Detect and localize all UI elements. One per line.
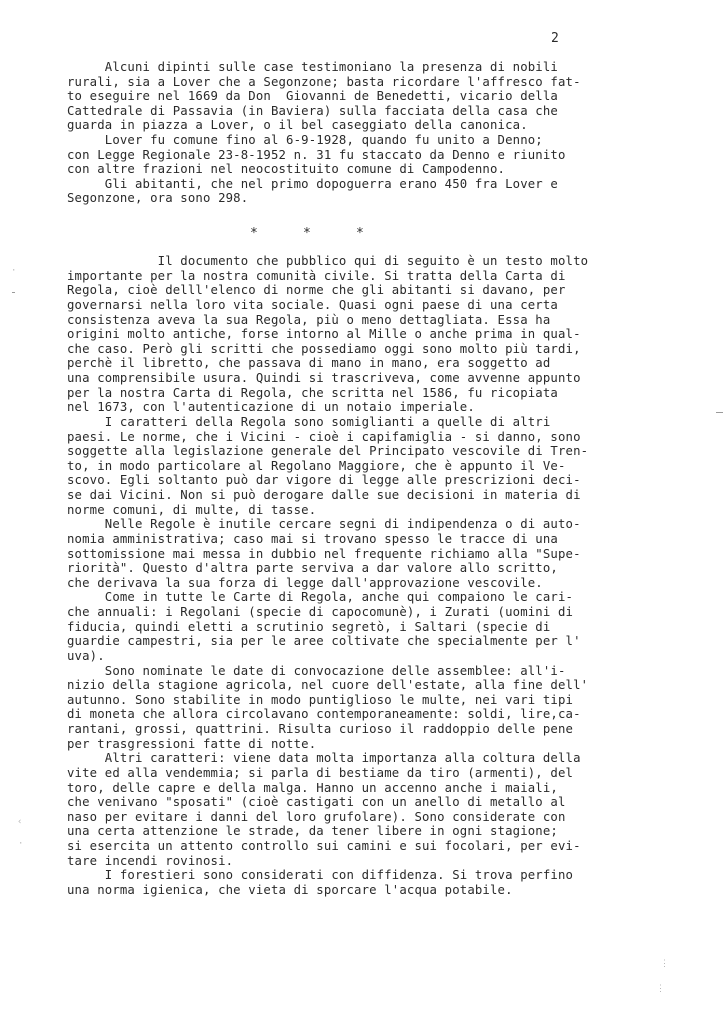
asterisk-icon: * <box>250 226 303 241</box>
intro-section: Alcuni dipinti sulle case testimoniano l… <box>67 60 717 206</box>
text-line: rurali, sia a Lover che a Segonzone; bas… <box>67 75 717 90</box>
asterisk-icon: * <box>356 226 409 241</box>
text-line: fiducia, quindi eletti a scrutinio segre… <box>67 620 717 635</box>
text-line: paesi. Le norme, che i Vicini - cioè i c… <box>67 430 717 445</box>
text-line: Sono nominate le date di convocazione de… <box>67 664 717 679</box>
text-line: che annuali: i Regolani (specie di capoc… <box>67 605 717 620</box>
text-line: Il documento che pubblico qui di seguito… <box>67 254 717 269</box>
text-line: Gli abitanti, che nel primo dopoguerra e… <box>67 177 717 192</box>
text-line: riorità". Questo d'altra parte serviva a… <box>67 561 717 576</box>
text-line: Altri caratteri: viene data molta import… <box>67 751 717 766</box>
text-line: importante per la nostra comunità civile… <box>67 269 717 284</box>
text-line: I caratteri della Regola sono somigliant… <box>67 415 717 430</box>
text-line: una norma igienica, che vieta di sporcar… <box>67 883 717 898</box>
text-line: con Legge Regionale 23-8-1952 n. 31 fu s… <box>67 148 717 163</box>
text-line: se dai Vicini. Non si può derogare dalle… <box>67 488 717 503</box>
text-line: scovo. Egli soltanto può dar vigore di l… <box>67 473 717 488</box>
margin-mark: · <box>11 267 16 276</box>
text-line: che venivano "sposati" (cioè castigati c… <box>67 795 717 810</box>
text-line: governarsi nella loro vita sociale. Quas… <box>67 298 717 313</box>
margin-mark: ‹ <box>17 818 22 827</box>
text-line: nel 1673, con l'autenticazione di un not… <box>67 400 717 415</box>
text-line: tare incendi rovinosi. <box>67 854 717 869</box>
text-line: to eseguire nel 1669 da Don Giovanni de … <box>67 89 717 104</box>
text-line: con altre frazioni nel neocostituito com… <box>67 162 717 177</box>
text-line: Cattedrale di Passavia (in Baviera) sull… <box>67 104 717 119</box>
text-line: che caso. Però gli scritti che possediam… <box>67 342 717 357</box>
text-line: una comprensibile usura. Quindi si trasc… <box>67 371 717 386</box>
main-section: Il documento che pubblico qui di seguito… <box>67 254 717 898</box>
text-line: soggette alla legislazione generale del … <box>67 444 717 459</box>
text-line: Come in tutte le Carte di Regola, anche … <box>67 590 717 605</box>
margin-mark: ⋮ <box>660 960 669 969</box>
text-line: uva). <box>67 649 717 664</box>
text-line: guarda in piazza a Lover, o il bel caseg… <box>67 118 717 133</box>
text-line: toro, delle capre e della malga. Hanno u… <box>67 781 717 796</box>
text-line: origini molto antiche, forse intorno al … <box>67 327 717 342</box>
text-line: che derivava la sua forza di legge dall'… <box>67 576 717 591</box>
margin-mark <box>716 412 723 413</box>
section-separator: *** <box>250 226 409 241</box>
margin-mark <box>12 292 15 293</box>
text-line: naso per evitare i danni del loro grufol… <box>67 810 717 825</box>
text-line: nizio della stagione agricola, nel cuore… <box>67 678 717 693</box>
text-line: to, in modo particolare al Regolano Magg… <box>67 459 717 474</box>
text-line: sottomissione mai messa in dubbio nel fr… <box>67 547 717 562</box>
text-line: vite ed alla vendemmia; si parla di best… <box>67 766 717 781</box>
text-line: una certa attenzione le strade, da tener… <box>67 824 717 839</box>
text-line: nomia amministrativa; caso mai si trovan… <box>67 532 717 547</box>
text-line: di moneta che allora circolavano contemp… <box>67 707 717 722</box>
margin-mark: ⋮ <box>656 985 665 994</box>
text-line: Lover fu comune fino al 6-9-1928, quando… <box>67 133 717 148</box>
text-line: rantani, grossi, quattrini. Risulta curi… <box>67 722 717 737</box>
text-line: Regola, cioè delll'elenco di norme che g… <box>67 283 717 298</box>
margin-mark: · <box>18 840 23 849</box>
text-line: per la nostra Carta di Regola, che scrit… <box>67 386 717 401</box>
text-line: autunno. Sono stabilite in modo puntigli… <box>67 693 717 708</box>
text-line: Segonzone, ora sono 298. <box>67 191 717 206</box>
text-line: perchè il libretto, che passava di mano … <box>67 356 717 371</box>
text-line: consistenza aveva la sua Regola, più o m… <box>67 313 717 328</box>
text-line: per trasgressioni fatte di notte. <box>67 737 717 752</box>
text-line: Alcuni dipinti sulle case testimoniano l… <box>67 60 717 75</box>
text-line: guardie campestri, sia per le aree colti… <box>67 634 717 649</box>
text-line: I forestieri sono considerati con diffid… <box>67 868 717 883</box>
text-line: Nelle Regole è inutile cercare segni di … <box>67 517 717 532</box>
asterisk-icon: * <box>303 226 356 241</box>
page-number: 2 <box>551 31 559 47</box>
text-line: si esercita un attento controllo sui cam… <box>67 839 717 854</box>
text-line: norme comuni, di multe, di tasse. <box>67 503 717 518</box>
